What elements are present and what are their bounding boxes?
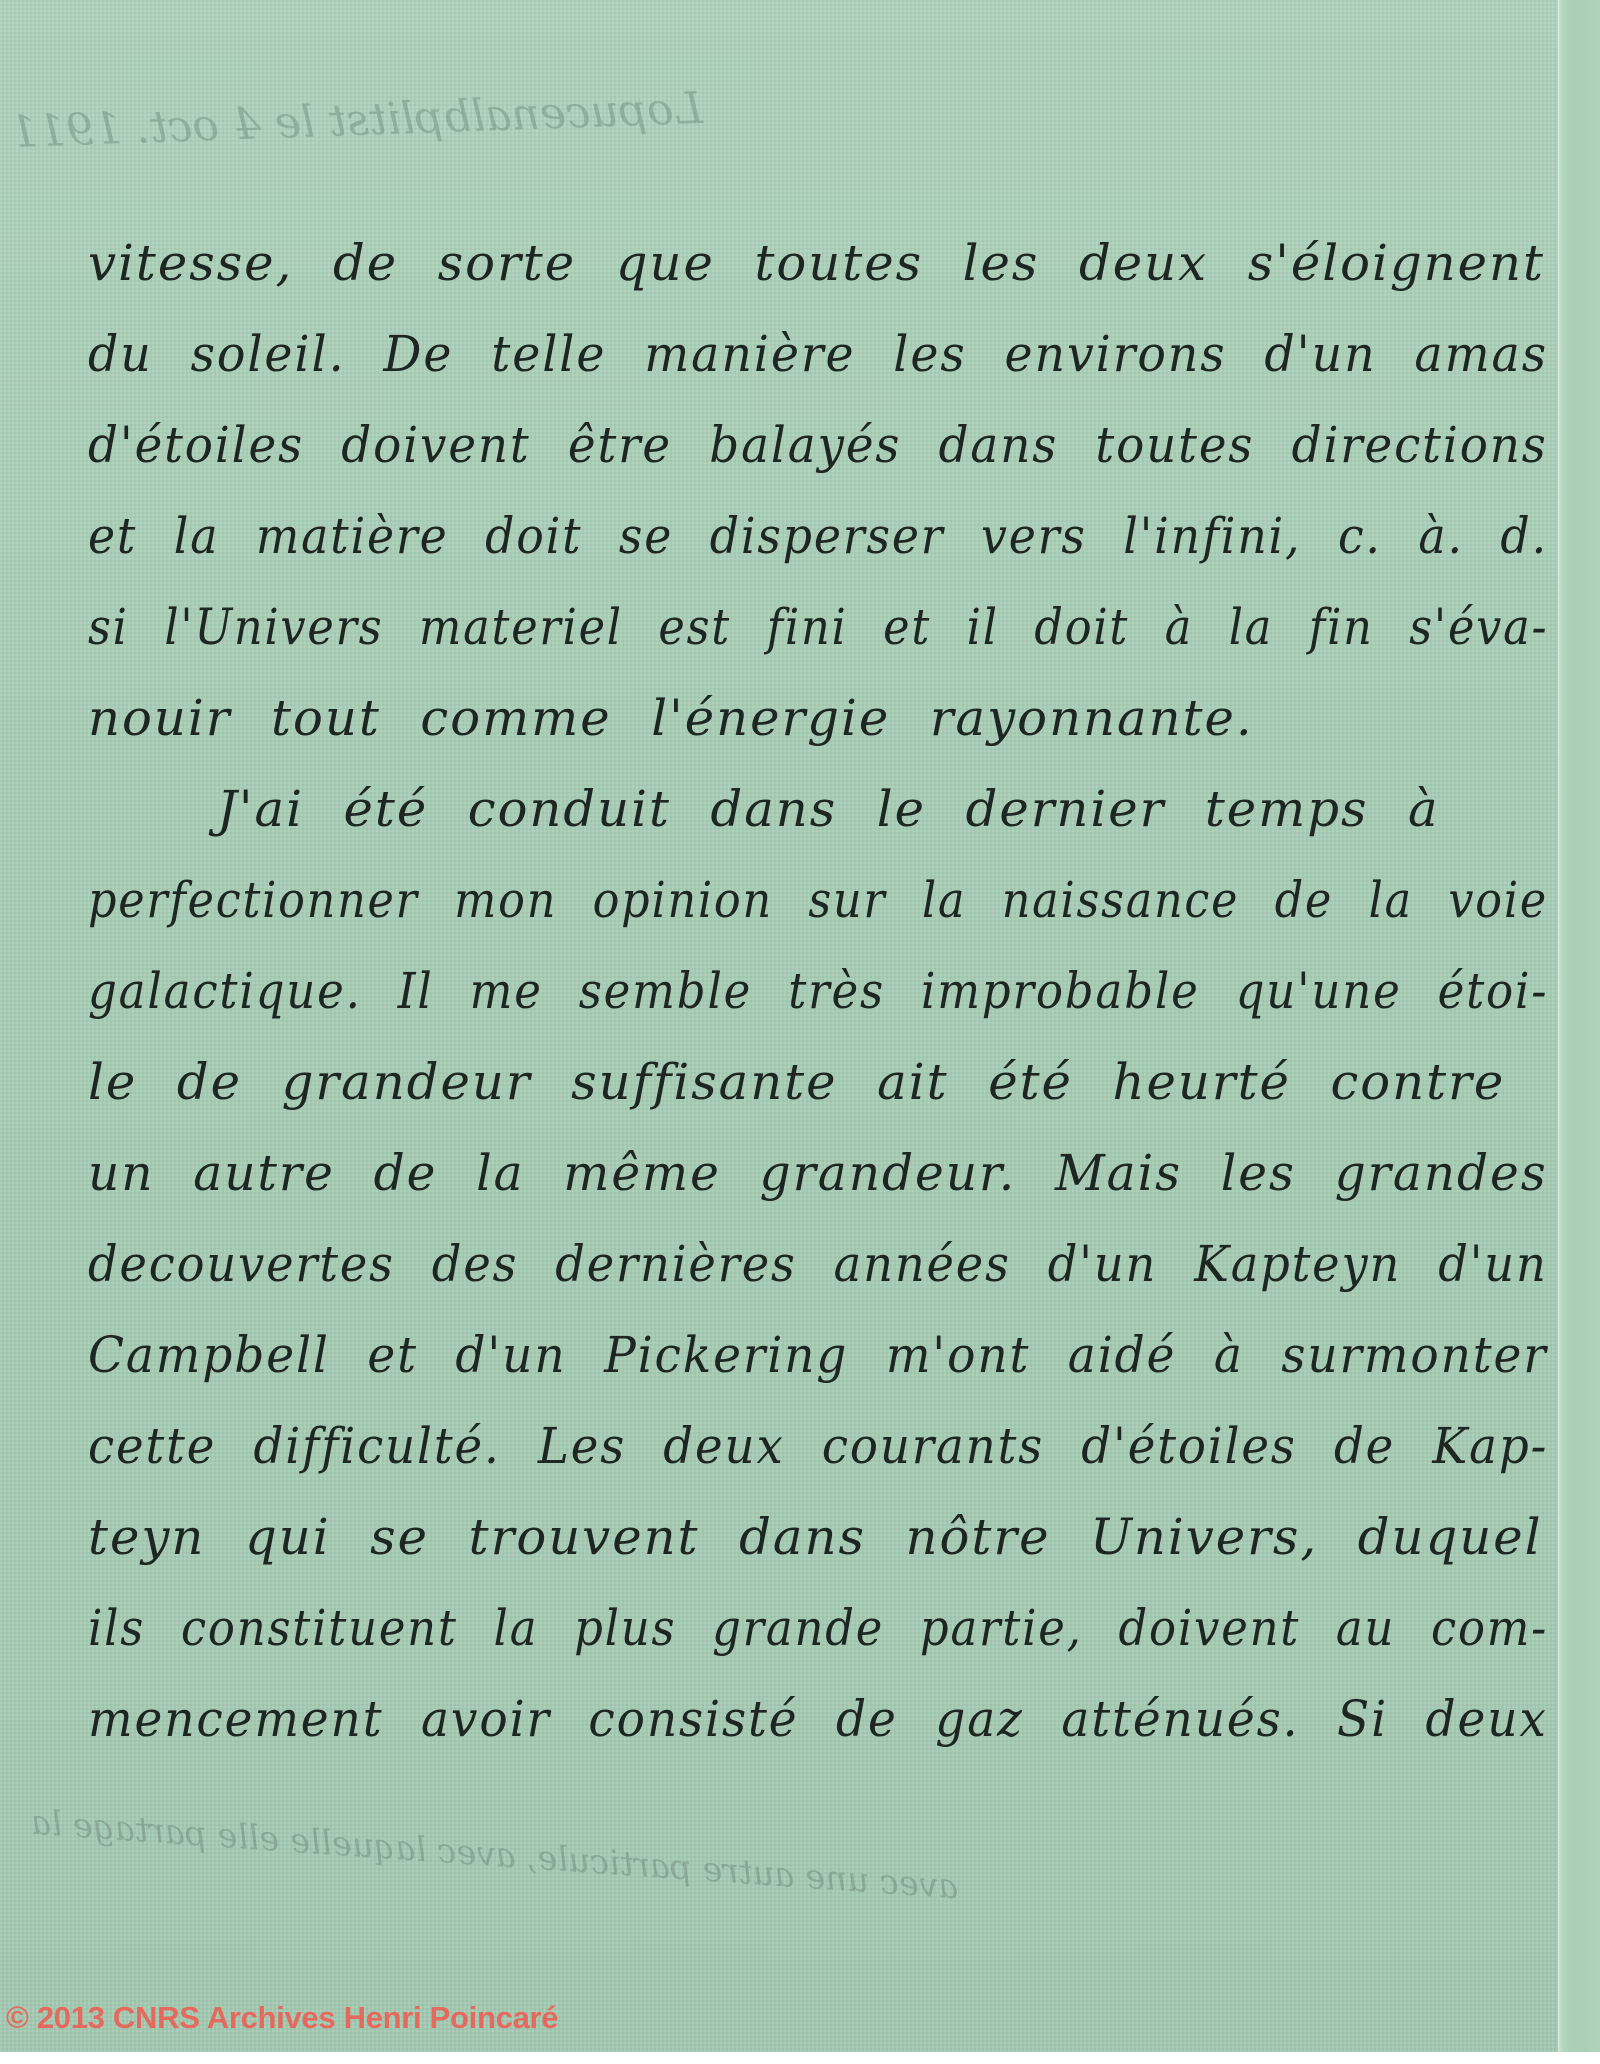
letter-line: un autre de la même grandeur. Mais les g… [88, 1128, 1517, 1219]
letter-line: le de grandeur suffisante ait été heurté… [88, 1037, 1548, 1128]
letter-line: mencement avoir consisté de gaz atténués… [88, 1674, 1471, 1765]
bleed-through-header: Lopucenalbplitst le 4 oct. 1911 [9, 83, 703, 158]
letter-line: perfectionner mon opinion sur la naissan… [88, 855, 1396, 946]
letter-line: nouir tout comme l'énergie rayonnante. [88, 673, 1548, 764]
letter-line: teyn qui se trouvent dans nôtre Univers,… [88, 1492, 1548, 1583]
letter-line: du soleil. De telle manière les environs… [88, 309, 1483, 400]
paper-fold-edge [1558, 0, 1600, 2052]
letter-line: decouvertes des dernières années d'un Ka… [88, 1219, 1451, 1310]
letter-paper: Lopucenalbplitst le 4 oct. 1911 avec une… [0, 0, 1600, 2052]
letter-line: vitesse, de sorte que toutes les deux s'… [88, 218, 1548, 309]
letter-line: galactique. Il me semble très improbable… [88, 946, 1414, 1037]
copyright-watermark: © 2013 CNRS Archives Henri Poincaré [6, 2000, 558, 2036]
letter-line-paragraph-start: J'ai été conduit dans le dernier temps à [88, 764, 1547, 855]
handwritten-letter-body: vitesse, de sorte que toutes les deux s'… [88, 218, 1558, 1765]
letter-line: Campbell et d'un Pickering m'ont aidé à … [88, 1310, 1471, 1401]
letter-line: ils constituent la plus grande partie, d… [88, 1583, 1408, 1674]
letter-line: cette difficulté. Les deux courants d'ét… [88, 1401, 1460, 1492]
letter-line: si l'Univers materiel est fini et il doi… [88, 582, 1400, 673]
letter-line: et la matière doit se disperser vers l'i… [88, 491, 1434, 582]
bleed-through-footer: avec une autre particule, avec laquelle … [30, 1803, 960, 1908]
letter-line: d'étoiles doivent être balayés dans tout… [88, 400, 1464, 491]
